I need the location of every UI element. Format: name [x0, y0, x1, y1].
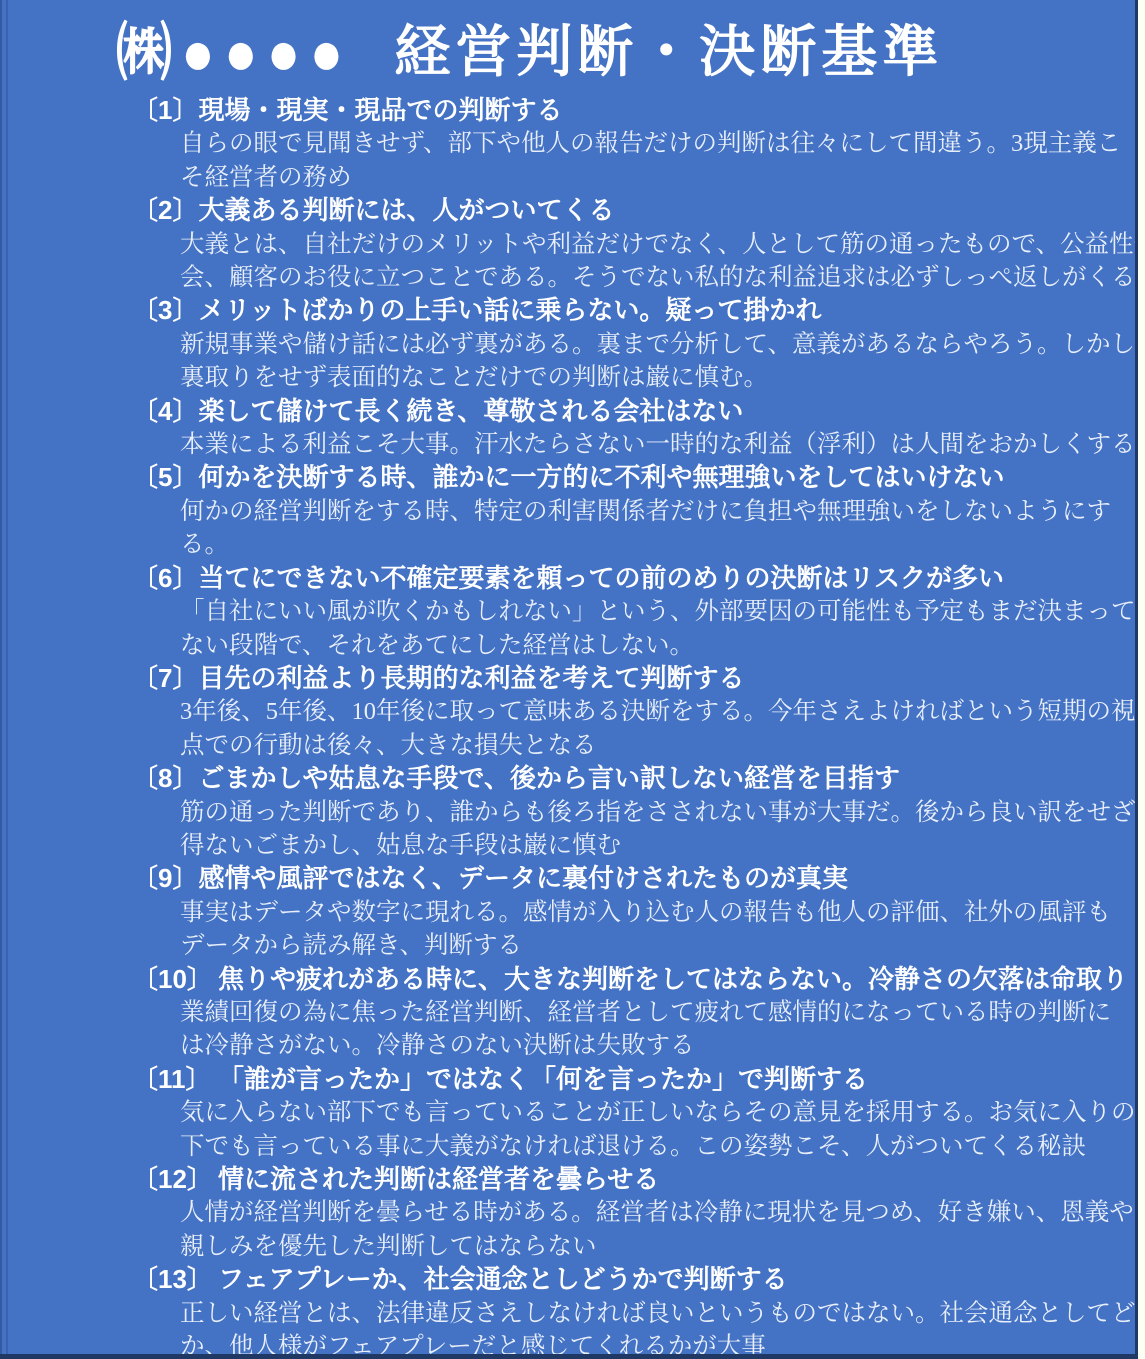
item-description: 本業による利益こそ大事。汗水たらさない一時的な利益（浮利）は人間をおかしくする。: [180, 428, 1145, 461]
item-description: 新規事業や儲け話には必ず裏がある。裏まで分析して、意義があるならやろう。しかし、…: [180, 328, 1145, 395]
criteria-item-heading-row: 〔5〕何かを決断する時、誰かに一方的に不利や無理強いをしてはいけない: [0, 461, 1145, 494]
item-heading: 焦りや疲れがある時に、大きな判断をしてはならない。冷静さの欠落は命取り: [218, 964, 1128, 994]
item-number: 〔1〕: [132, 94, 198, 127]
page-header: ㈱●●●● 経営判断・決断基準: [0, 0, 1145, 88]
item-description: 業績回復の為に焦った経営判断、経営者として疲れて感情的になっている時の判断に は…: [180, 996, 1145, 1063]
item-number: 〔13〕: [132, 1263, 218, 1296]
item-heading: フェアプレーか、社会通念としどうかで判断する: [218, 1264, 788, 1294]
criteria-item: 〔12〕情に流された判断は経営者を曇らせる 人情が経営判断を曇らせる時がある。経…: [0, 1163, 1145, 1263]
criteria-item: 〔6〕当てにできない不確定要素を頼っての前のめりの決断はリスクが多い 「自社にい…: [0, 562, 1145, 662]
criteria-item: 〔1〕現場・現実・現品での判断する 自らの眼で見聞きせず、部下や他人の報告だけの…: [0, 94, 1145, 194]
criteria-item-heading-row: 〔12〕情に流された判断は経営者を曇らせる: [0, 1163, 1145, 1196]
item-heading: 「誰が言ったか」ではなく「何を言ったか」で判断する: [218, 1064, 868, 1094]
criteria-item: 〔9〕感情や風評ではなく、データに裏付けされたものが真実 事実はデータや数字に現…: [0, 862, 1145, 962]
item-heading: ごまかしや姑息な手段で、後から言い訳しない経営を目指す: [198, 763, 899, 793]
item-description: 何かの経営判断をする時、特定の利害関係者だけに負担や無理強いをしないようにす る…: [180, 495, 1145, 562]
item-heading: 目先の利益より長期的な利益を考えて判断する: [198, 663, 744, 693]
item-heading: 現場・現実・現品での判断する: [198, 95, 562, 125]
criteria-item-heading-row: 〔3〕メリットばかりの上手い話に乗らない。疑って掛かれ: [0, 294, 1145, 327]
item-heading: 楽して儲けて長く続き、尊敬される会社はない: [198, 396, 743, 426]
item-description: 事実はデータや数字に現れる。感情が入り込む人の報告も他人の評価、社外の風評も デ…: [180, 896, 1145, 963]
criteria-item-heading-row: 〔4〕楽して儲けて長く続き、尊敬される会社はない: [0, 395, 1145, 428]
item-description: 気に入らない部下でも言っていることが正しいならその意見を採用する。お気に入りの部…: [180, 1096, 1145, 1163]
item-number: 〔12〕: [132, 1163, 218, 1196]
item-description: 人情が経営判断を曇らせる時がある。経営者は冷静に現状を見つめ、好き嫌い、恩義や …: [180, 1196, 1145, 1263]
item-heading: メリットばかりの上手い話に乗らない。疑って掛かれ: [198, 295, 821, 325]
item-description: 3年後、5年後、10年後に取って意味ある決断をする。今年さえよければという短期の…: [180, 695, 1145, 762]
item-number: 〔9〕: [132, 862, 198, 895]
item-heading: 情に流された判断は経営者を曇らせる: [218, 1164, 659, 1194]
criteria-list: 〔1〕現場・現実・現品での判断する 自らの眼で見聞きせず、部下や他人の報告だけの…: [0, 94, 1145, 1359]
item-number: 〔3〕: [132, 294, 198, 327]
item-description: 「自社にいい風が吹くかもしれない」という、外部要因の可能性も予定もまだ決まっても…: [180, 595, 1145, 662]
item-number: 〔8〕: [132, 762, 198, 795]
criteria-item-heading-row: 〔10〕焦りや疲れがある時に、大きな判断をしてはならない。冷静さの欠落は命取り: [0, 963, 1145, 996]
item-number: 〔11〕: [132, 1063, 218, 1096]
item-description: 大義とは、自社だけのメリットや利益だけでなく、人として筋の通ったもので、公益性や…: [180, 228, 1145, 295]
page-right-margin: [1138, 0, 1145, 1359]
page-title: 経営判断・決断基準: [394, 8, 943, 88]
criteria-item-heading-row: 〔7〕目先の利益より長期的な利益を考えて判断する: [0, 662, 1145, 695]
item-number: 〔4〕: [132, 395, 198, 428]
page-bottom-border: [0, 1354, 1138, 1359]
criteria-item: 〔11〕「誰が言ったか」ではなく「何を言ったか」で判断する 気に入らない部下でも…: [0, 1063, 1145, 1163]
item-number: 〔5〕: [132, 461, 198, 494]
criteria-item-heading-row: 〔8〕ごまかしや姑息な手段で、後から言い訳しない経営を目指す: [0, 762, 1145, 795]
criteria-item: 〔3〕メリットばかりの上手い話に乗らない。疑って掛かれ 新規事業や儲け話には必ず…: [0, 294, 1145, 394]
criteria-item: 〔10〕焦りや疲れがある時に、大きな判断をしてはならない。冷静さの欠落は命取り …: [0, 963, 1145, 1063]
item-number: 〔2〕: [132, 194, 198, 227]
criteria-item-heading-row: 〔2〕大義ある判断には、人がついてくる: [0, 194, 1145, 227]
criteria-item-heading-row: 〔9〕感情や風評ではなく、データに裏付けされたものが真実: [0, 862, 1145, 895]
item-heading: 大義ある判断には、人がついてくる: [198, 195, 614, 225]
company-name: ㈱●●●●: [116, 3, 352, 93]
criteria-item: 〔2〕大義ある判断には、人がついてくる 大義とは、自社だけのメリットや利益だけで…: [0, 194, 1145, 294]
criteria-item: 〔8〕ごまかしや姑息な手段で、後から言い訳しない経営を目指す 筋の通った判断であ…: [0, 762, 1145, 862]
item-number: 〔6〕: [132, 562, 198, 595]
item-number: 〔10〕: [132, 963, 218, 996]
criteria-item-heading-row: 〔6〕当てにできない不確定要素を頼っての前のめりの決断はリスクが多い: [0, 562, 1145, 595]
criteria-item: 〔7〕目先の利益より長期的な利益を考えて判断する 3年後、5年後、10年後に取っ…: [0, 662, 1145, 762]
criteria-item-heading-row: 〔1〕現場・現実・現品での判断する: [0, 94, 1145, 127]
item-heading: 感情や風評ではなく、データに裏付けされたものが真実: [198, 863, 847, 893]
item-description: 自らの眼で見聞きせず、部下や他人の報告だけの判断は往々にして間違う。3現主義こ …: [180, 127, 1145, 194]
item-heading: 当てにできない不確定要素を頼っての前のめりの決断はリスクが多い: [198, 563, 1003, 593]
criteria-item: 〔4〕楽して儲けて長く続き、尊敬される会社はない 本業による利益こそ大事。汗水た…: [0, 395, 1145, 462]
item-number: 〔7〕: [132, 662, 198, 695]
criteria-item: 〔5〕何かを決断する時、誰かに一方的に不利や無理強いをしてはいけない 何かの経営…: [0, 461, 1145, 561]
criteria-item-heading-row: 〔13〕フェアプレーか、社会通念としどうかで判断する: [0, 1263, 1145, 1296]
criteria-item-heading-row: 〔11〕「誰が言ったか」ではなく「何を言ったか」で判断する: [0, 1063, 1145, 1096]
slide-page: ㈱●●●● 経営判断・決断基準 〔1〕現場・現実・現品での判断する 自らの眼で見…: [0, 0, 1145, 1359]
item-heading: 何かを決断する時、誰かに一方的に不利や無理強いをしてはいけない: [198, 462, 1004, 492]
item-description: 筋の通った判断であり、誰からも後ろ指をさされない事が大事だ。後から良い訳をせざる…: [180, 796, 1145, 863]
criteria-item: 〔13〕フェアプレーか、社会通念としどうかで判断する 正しい経営とは、法律違反さ…: [0, 1263, 1145, 1359]
item-description: 正しい経営とは、法律違反さえしなければ良いというものではない。社会通念としてどう…: [180, 1297, 1145, 1359]
